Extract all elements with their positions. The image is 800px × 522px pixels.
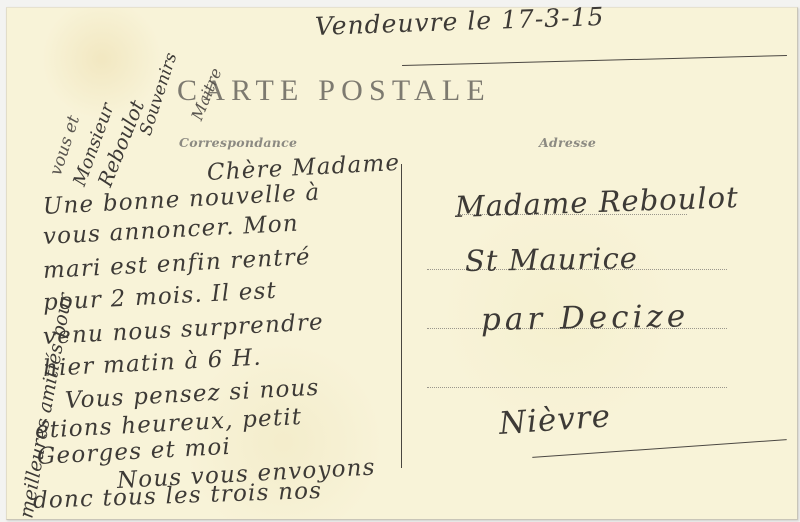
message-line: pour 2 mois. Il est: [42, 278, 277, 316]
correspondance-label: Correspondance: [179, 135, 297, 150]
message-line: hier matin à 6 H.: [42, 345, 262, 382]
margin-text-5: Souvenirs: [136, 50, 182, 138]
date-underline: [402, 55, 787, 66]
address-via: par Decize: [481, 298, 690, 338]
message-line: donc tous les trois nos: [33, 478, 323, 514]
address-village: St Maurice: [465, 241, 639, 278]
card-divider: [401, 164, 402, 468]
message-line: venu nous surprendre: [42, 309, 324, 350]
postcard: Vendeuvre le 17-3-15 CARTE POSTALE Corre…: [6, 7, 798, 520]
place-date-handwriting: Vendeuvre le 17-3-15: [314, 2, 604, 41]
address-recipient: Madame Reboulot: [454, 180, 739, 224]
address-underline: [532, 439, 786, 458]
adresse-label: Adresse: [539, 135, 596, 150]
address-department: Nièvre: [498, 398, 612, 442]
postcard-title: CARTE POSTALE: [177, 74, 491, 108]
address-line-4: [427, 387, 727, 388]
